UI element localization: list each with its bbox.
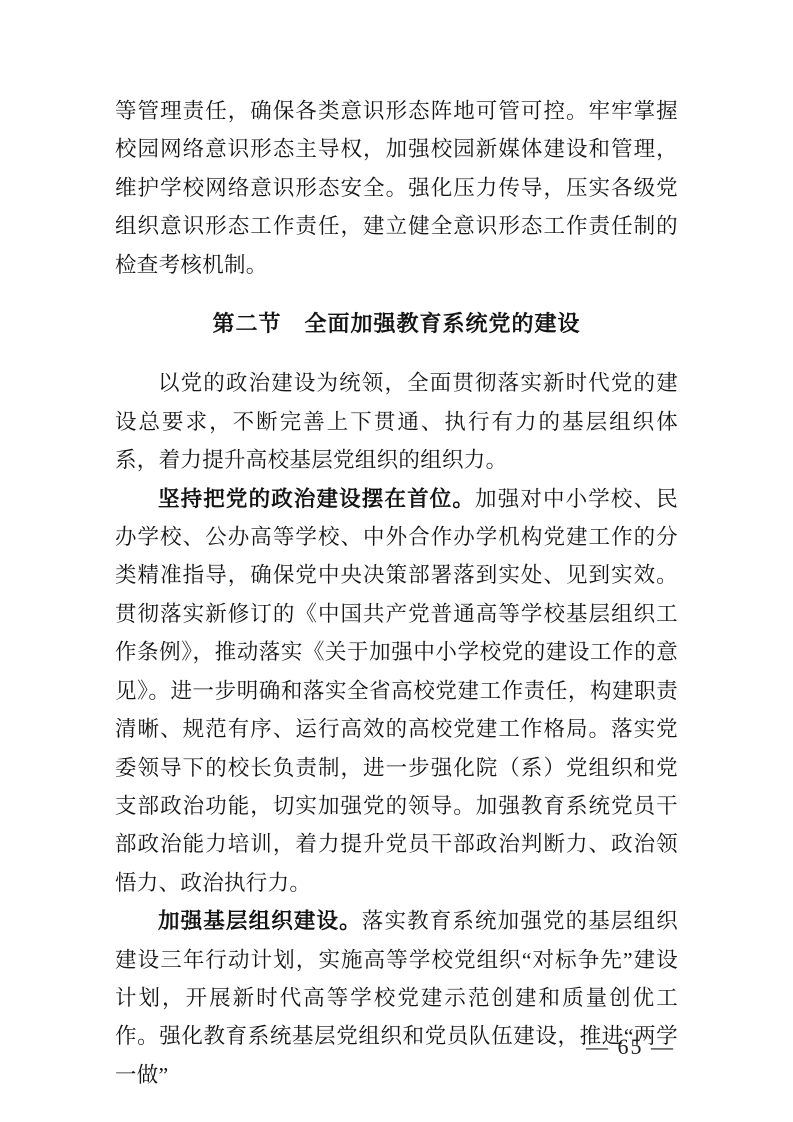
paragraph-political-lead: 坚持把党的政治建设摆在首位。 [158, 487, 475, 511]
paragraph-ideology-continuation: 等管理责任，确保各类意识形态阵地可管可控。牢牢掌握校园网络意识形态主导权，加强校… [115, 92, 678, 284]
page-number: — 65 — [586, 1033, 675, 1061]
paragraph-political-construction: 坚持把党的政治建设摆在首位。加强对中小学校、民办学校、公办高等学校、中外合作办学… [115, 480, 678, 902]
paragraph-grassroots-lead: 加强基层组织建设。 [158, 909, 362, 933]
paragraph-intro: 以党的政治建设为统领，全面贯彻落实新时代党的建设总要求，不断完善上下贯通、执行有… [115, 364, 678, 479]
document-body: 等管理责任，确保各类意识形态阵地可管可控。牢牢掌握校园网络意识形态主导权，加强校… [115, 92, 678, 1094]
section-heading: 第二节 全面加强教育系统党的建设 [115, 305, 678, 343]
paragraph-grassroots-organization: 加强基层组织建设。落实教育系统加强党的基层组织建设三年行动计划，实施高等学校党组… [115, 902, 678, 1094]
paragraph-political-body: 加强对中小学校、民办学校、公办高等学校、中外合作办学机构党建工作的分类精准指导，… [115, 487, 678, 895]
document-page: 等管理责任，确保各类意识形态阵地可管可控。牢牢掌握校园网络意识形态主导权，加强校… [0, 0, 793, 1122]
